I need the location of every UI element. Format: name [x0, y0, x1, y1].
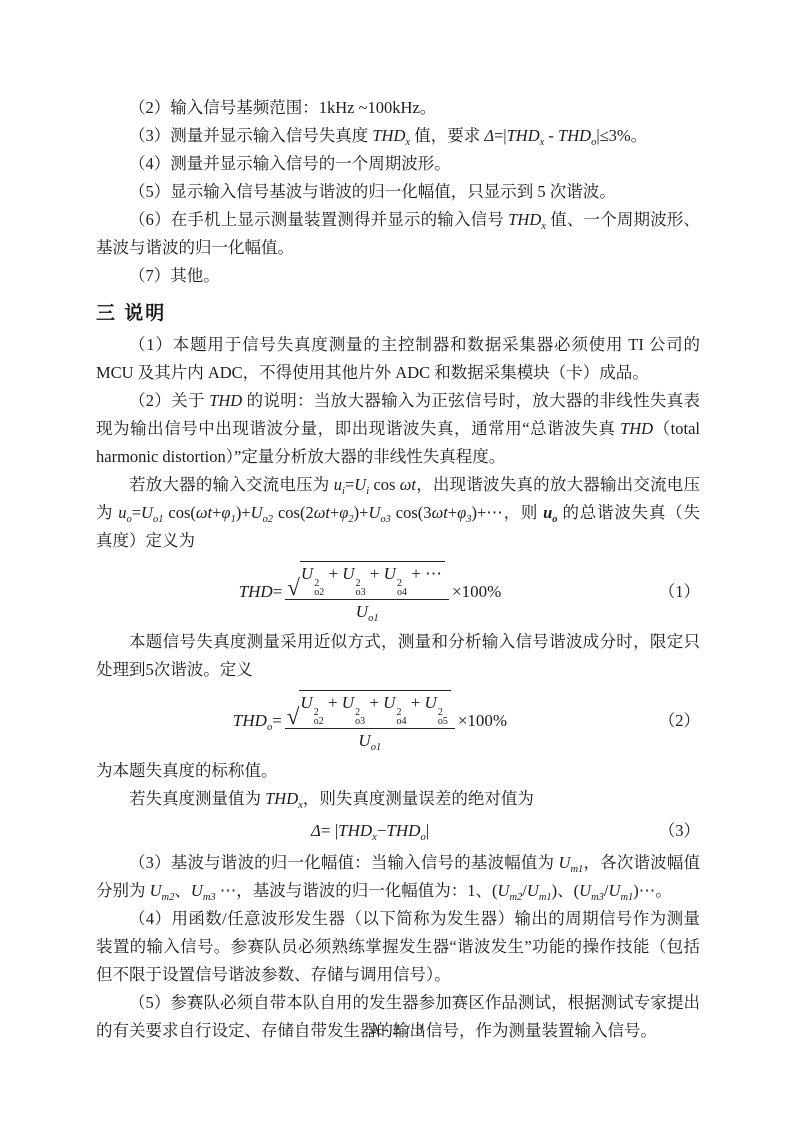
equation-number: （2）	[644, 708, 700, 734]
subscript: o4	[396, 717, 406, 726]
text-run: Δ	[311, 818, 321, 844]
text-run: THD	[239, 579, 273, 605]
text-run: Uo3	[368, 503, 390, 522]
text-run: ，则失真度测量误差的绝对值为	[303, 789, 534, 808]
text-run: ui	[334, 475, 345, 494]
text-run: cos(2	[273, 503, 314, 522]
text-run: THDx	[265, 789, 303, 808]
text-run: +	[448, 503, 457, 522]
subscript: m1	[539, 892, 552, 903]
text-run: THDx	[338, 818, 377, 844]
text-run: 本题信号失真度测量采用近似方式，测量和分析输入信号谐波成分时，限定只处理到5次谐…	[96, 632, 700, 679]
text-run: （3）测量并显示输入信号失真度	[129, 126, 372, 145]
text-run: （2）输入信号基频范围：1kHz ~100kHz。	[129, 98, 436, 117]
sup-sub-stack: 2o3	[355, 708, 365, 726]
error-intro: 若失真度测量值为 THDx，则失真度测量误差的绝对值为	[96, 785, 700, 813]
text-run: =	[132, 503, 141, 522]
subscript: o2	[263, 514, 274, 525]
text-run: 三 说明	[96, 303, 166, 324]
text-run: cos(3	[391, 503, 432, 522]
formula-center: THD = √U2o2 + U2o3 + U2o4 + ⋯Uo1×100%	[96, 560, 644, 623]
subscript: o3	[355, 717, 365, 726]
formula-body: THDo = √U2o2 + U2o3 + U2o4 + U2o5Uo1×100…	[233, 689, 507, 752]
sup-sub-stack: 2o3	[356, 579, 366, 597]
text-run: U2o2	[301, 564, 324, 583]
fraction-denominator: Uo1	[356, 600, 379, 623]
formula-3: Δ = |THDx − THDo|（3）	[96, 813, 700, 849]
text-run: Uo1	[141, 503, 163, 522]
fraction: √U2o2 + U2o3 + U2o4 + U2o5Uo1	[285, 689, 455, 752]
text-run: U2o4	[384, 564, 407, 583]
subscript: m1	[570, 864, 583, 875]
text-run: （6）在手机上显示测量装置测得并显示的输入信号	[129, 210, 508, 229]
note-2: （2）关于 THD 的说明：当放大器输入为正弦信号时，放大器的非线性失真表现为输…	[96, 387, 700, 471]
text-run: Um2	[150, 881, 175, 900]
nominal-note: 为本题失真度的标称值。	[96, 757, 700, 785]
text-run: 若失真度测量值为	[129, 789, 265, 808]
text-run: )+	[354, 503, 369, 522]
item-5: （5）显示输入信号基波与谐波的归一化幅值，只显示到 5 次谐波。	[96, 178, 700, 206]
text-run: （7）其他。	[129, 266, 220, 285]
fraction-denominator: Uo1	[358, 729, 381, 752]
text-run: +	[324, 693, 342, 712]
text-run: （3）基波与谐波的归一化幅值：当输入信号的基波幅值为	[129, 853, 559, 872]
document-page: （2）输入信号基频范围：1kHz ~100kHz。（3）测量并显示输入信号失真度…	[0, 0, 794, 1123]
derivation-intro: 若放大器的输入交流电压为 ui=Ui cos ωt，出现谐波失真的放大器输出交流…	[96, 471, 700, 555]
text-run: Uo1	[356, 601, 379, 623]
text-run: 、	[174, 881, 191, 900]
formula-2: THDo = √U2o2 + U2o3 + U2o4 + U2o5Uo1×100…	[96, 684, 700, 757]
subscript: m2	[509, 892, 522, 903]
page-number: A- 2 / 3	[370, 1022, 424, 1038]
formula-body: THD = √U2o2 + U2o3 + U2o4 + ⋯Uo1×100%	[239, 560, 502, 623]
text-run: U2o3	[342, 564, 365, 583]
subscript: o4	[397, 588, 407, 597]
text-run: U2o5	[425, 693, 448, 712]
text-run: ωt	[314, 503, 330, 522]
text-run: cos	[369, 475, 400, 494]
text-run: U2o4	[383, 693, 406, 712]
sup-sub-stack: 2o4	[397, 579, 407, 597]
text-run: （4）用函数/任意波形发生器（以下简称为发生器）输出的周期信号作为测量装置的输入…	[96, 909, 700, 984]
text-run: THDx	[508, 210, 546, 229]
subscript: o1	[371, 742, 382, 753]
note-1: （1）本题用于信号失真度测量的主控制器和数据采集器必须使用 TI 公司的 MCU…	[96, 331, 700, 387]
item-4: （4）测量并显示输入信号的一个周期波形。	[96, 150, 700, 178]
text-run: ωt	[196, 503, 212, 522]
text-run: 值，要求	[410, 126, 484, 145]
text-run: −	[377, 818, 387, 844]
text-run: = |	[321, 818, 338, 844]
formula-center: Δ = |THDx − THDo|	[96, 818, 644, 844]
text-run: +	[366, 564, 384, 583]
subscript: o2	[314, 717, 324, 726]
text-run: =	[272, 708, 282, 734]
fraction-numerator: √U2o2 + U2o3 + U2o4 + ⋯	[285, 560, 449, 600]
text-run: THD	[209, 391, 242, 410]
text-run: +	[324, 564, 342, 583]
text-run: +	[330, 503, 339, 522]
text-run: =	[345, 475, 354, 494]
subscript: m2	[162, 892, 175, 903]
text-run: -	[544, 126, 558, 145]
text-run: THDo	[558, 126, 596, 145]
text-run: /	[604, 881, 609, 900]
subscript: m3	[203, 892, 216, 903]
subscript: m1	[620, 892, 633, 903]
subscript: o2	[314, 588, 324, 597]
text-run: Ui	[354, 475, 369, 494]
item-2: （2）输入信号基频范围：1kHz ~100kHz。	[96, 94, 700, 122]
fraction: √U2o2 + U2o3 + U2o4 + ⋯Uo1	[285, 560, 449, 623]
section-3-heading: 三 说明	[96, 298, 700, 325]
page-footer: A- 2 / 3	[0, 1022, 794, 1039]
text-run: Um3	[191, 881, 216, 900]
text-run: （5）显示输入信号基波与谐波的归一化幅值，只显示到 5 次谐波。	[129, 182, 616, 201]
text-run: Uo2	[251, 503, 273, 522]
subscript: o3	[356, 588, 366, 597]
item-3: （3）测量并显示输入信号失真度 THDx 值，要求 Δ=|THDx - THDo…	[96, 122, 700, 150]
item-6: （6）在手机上显示测量装置测得并显示的输入信号 THDx 值、一个周期波形、基波…	[96, 206, 700, 262]
formula-body: Δ = |THDx − THDo|	[311, 818, 429, 844]
radical-sign: √	[287, 707, 300, 727]
text-run: Um2	[498, 881, 523, 900]
sup-sub-stack: 2o5	[438, 708, 448, 726]
subscript: o3	[380, 514, 391, 525]
subscript: o1	[153, 514, 164, 525]
subscript: o5	[438, 717, 448, 726]
text-run: ×100%	[458, 708, 507, 734]
sup-sub-stack: 2o2	[314, 579, 324, 597]
text-run: U2o2	[300, 693, 323, 712]
item-7: （7）其他。	[96, 262, 700, 290]
text-run: )、(	[552, 881, 580, 900]
text-run: Um3	[579, 881, 604, 900]
text-run: （4）测量并显示输入信号的一个周期波形。	[129, 154, 451, 173]
square-root: √U2o2 + U2o3 + U2o4 + U2o5	[287, 690, 451, 726]
text-run: )⋯。	[633, 881, 672, 900]
subscript: o1	[368, 613, 379, 624]
text-run: （1）本题用于信号失真度测量的主控制器和数据采集器必须使用 TI 公司的 MCU…	[96, 335, 700, 382]
sup-sub-stack: 2o2	[314, 708, 324, 726]
text-run: THDo	[386, 818, 425, 844]
approx-note: 本题信号失真度测量采用近似方式，测量和分析输入信号谐波成分时，限定只处理到5次谐…	[96, 628, 700, 684]
text-run: Um1	[609, 881, 634, 900]
text-run: +	[365, 693, 383, 712]
document-content: （2）输入信号基频范围：1kHz ~100kHz。（3）测量并显示输入信号失真度…	[96, 94, 700, 1045]
text-run: ⋯，基波与谐波的归一化幅值为：1、(	[216, 881, 498, 900]
text-run: |	[426, 818, 429, 844]
text-run: Δ	[484, 126, 494, 145]
text-run: U2o3	[342, 693, 365, 712]
text-run: THDx	[507, 126, 545, 145]
note-4: （4）用函数/任意波形发生器（以下简称为发生器）输出的周期信号作为测量装置的输入…	[96, 905, 700, 989]
radicand: U2o2 + U2o3 + U2o4 + ⋯	[300, 561, 445, 597]
text-run: φ2	[339, 503, 353, 522]
text-run: THD	[620, 419, 653, 438]
text-run: +	[406, 693, 424, 712]
sup-sub-stack: 2o4	[396, 708, 406, 726]
radicand: U2o2 + U2o3 + U2o4 + U2o5	[299, 690, 450, 726]
text-run: )+⋯，则	[472, 503, 544, 522]
note-3: （3）基波与谐波的归一化幅值：当输入信号的基波幅值为 Um1，各次谐波幅值分别为…	[96, 849, 700, 905]
text-run: + ⋯	[407, 564, 442, 583]
text-run: φ3	[457, 503, 471, 522]
text-run: φ1	[221, 503, 235, 522]
text-run: Um1	[527, 881, 552, 900]
text-run: |≤3%。	[596, 126, 647, 145]
fraction-numerator: √U2o2 + U2o3 + U2o4 + U2o5	[285, 689, 455, 729]
text-run: 为本题失真度的标称值。	[96, 761, 278, 780]
text-run: uo	[118, 503, 132, 522]
text-run: Uo1	[358, 730, 381, 752]
text-run: =|	[494, 126, 507, 145]
text-run: ωt	[400, 475, 416, 494]
subscript: m3	[591, 892, 604, 903]
formula-1: THD = √U2o2 + U2o3 + U2o4 + ⋯Uo1×100%（1）	[96, 555, 700, 628]
text-run: THDx	[372, 126, 410, 145]
square-root: √U2o2 + U2o3 + U2o4 + ⋯	[287, 561, 445, 597]
text-run: =	[273, 579, 283, 605]
text-run: )+	[236, 503, 251, 522]
text-run: uo	[543, 503, 557, 522]
text-run: ωt	[432, 503, 448, 522]
equation-number: （3）	[644, 818, 700, 844]
equation-number: （1）	[644, 579, 700, 605]
text-run: （2）关于	[129, 391, 209, 410]
text-run: THDo	[233, 708, 272, 734]
text-run: 若放大器的输入交流电压为	[129, 475, 334, 494]
text-run: cos(	[163, 503, 195, 522]
radical-sign: √	[287, 578, 300, 598]
formula-center: THDo = √U2o2 + U2o3 + U2o4 + U2o5Uo1×100…	[96, 689, 644, 752]
text-run: ×100%	[452, 579, 501, 605]
text-run: Um1	[559, 853, 584, 872]
